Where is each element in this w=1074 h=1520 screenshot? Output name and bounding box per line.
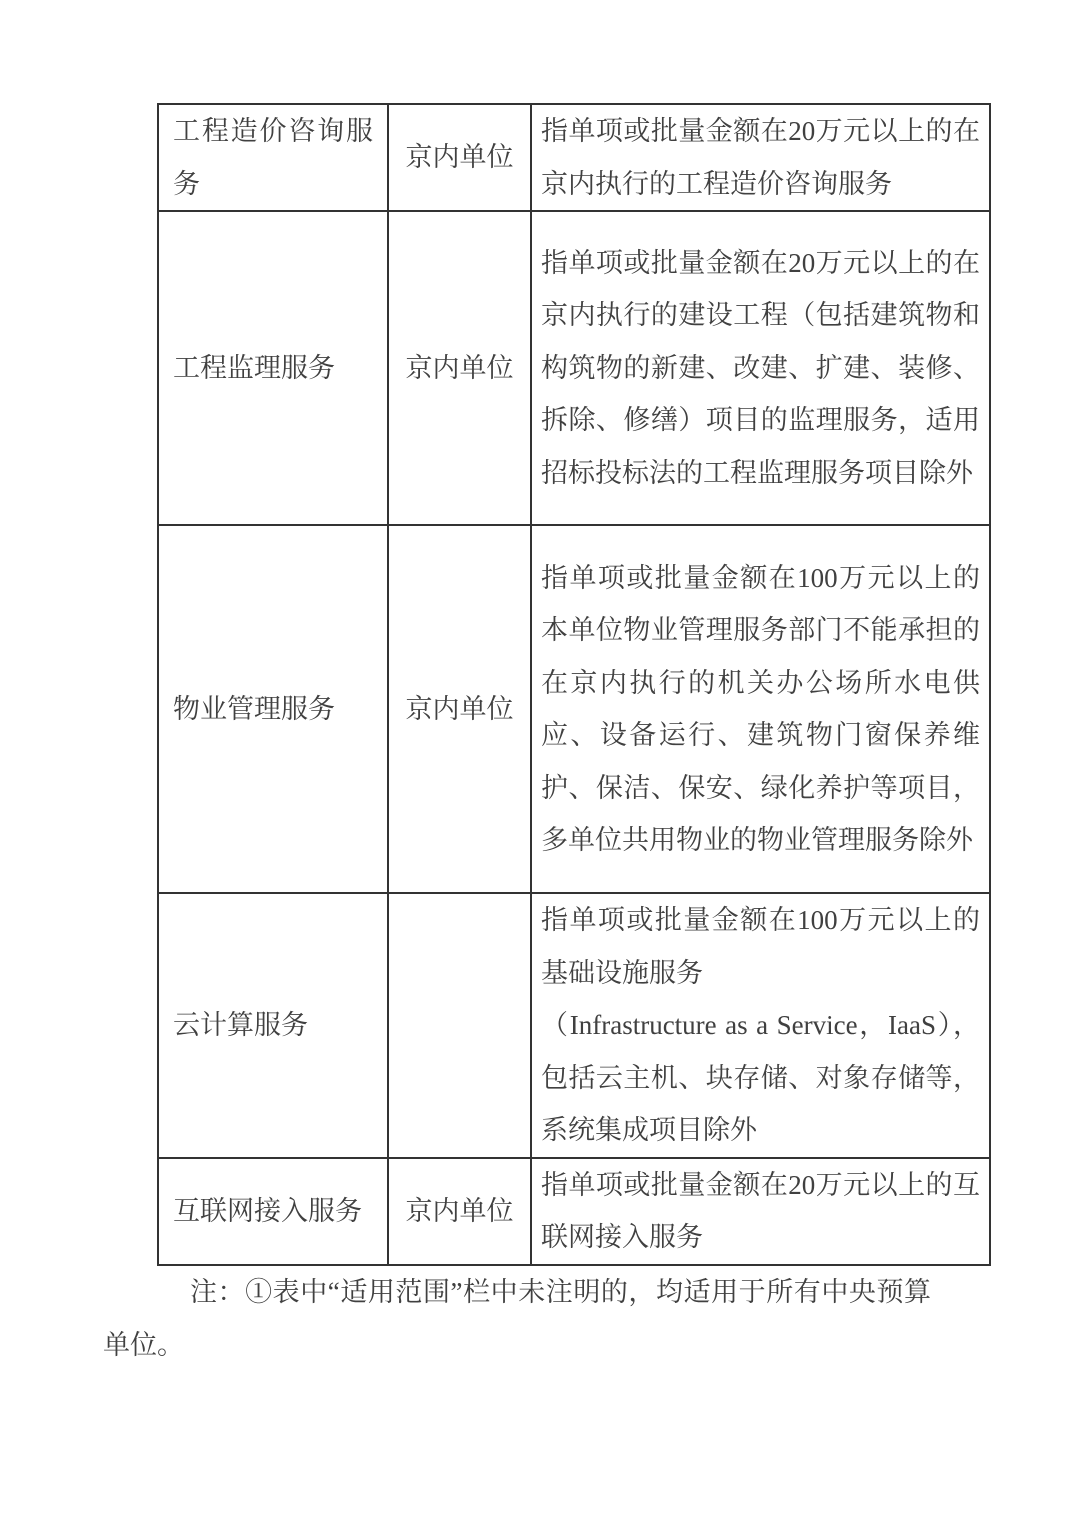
scope-cell: 京内单位 (388, 104, 531, 211)
service-cell: 工程监理服务 (158, 211, 388, 525)
description-cell: 指单项或批量金额在20万元以上的互联网接入服务 (531, 1158, 990, 1265)
description-cell: 指单项或批量金额在20万元以上的在京内执行的建设工程（包括建筑物和构筑物的新建、… (531, 211, 990, 525)
service-cell: 物业管理服务 (158, 525, 388, 893)
footnote: 注：①表中“适用范围”栏中未注明的，均适用于所有中央预算单位。 (103, 1266, 931, 1371)
scope-cell (388, 893, 531, 1158)
scope-cell: 京内单位 (388, 211, 531, 525)
description-cell: 指单项或批量金额在20万元以上的在京内执行的工程造价咨询服务 (531, 104, 990, 211)
table-row: 工程监理服务 京内单位 指单项或批量金额在20万元以上的在京内执行的建设工程（包… (158, 211, 990, 525)
scope-cell: 京内单位 (388, 1158, 531, 1265)
table-row: 物业管理服务 京内单位 指单项或批量金额在100万元以上的本单位物业管理服务部门… (158, 525, 990, 893)
scope-cell: 京内单位 (388, 525, 531, 893)
service-cell: 云计算服务 (158, 893, 388, 1158)
description-cell: 指单项或批量金额在100万元以上的本单位物业管理服务部门不能承担的在京内执行的机… (531, 525, 990, 893)
description-cell: 指单项或批量金额在100万元以上的基础设施服务 （Infrastructure … (531, 893, 990, 1158)
table-row: 工程造价咨询服务 京内单位 指单项或批量金额在20万元以上的在京内执行的工程造价… (158, 104, 990, 211)
service-cell: 工程造价咨询服务 (158, 104, 388, 211)
table-row: 云计算服务 指单项或批量金额在100万元以上的基础设施服务 （Infrastru… (158, 893, 990, 1158)
procurement-scope-table: 工程造价咨询服务 京内单位 指单项或批量金额在20万元以上的在京内执行的工程造价… (157, 103, 991, 1266)
table-row: 互联网接入服务 京内单位 指单项或批量金额在20万元以上的互联网接入服务 (158, 1158, 990, 1265)
service-cell: 互联网接入服务 (158, 1158, 388, 1265)
